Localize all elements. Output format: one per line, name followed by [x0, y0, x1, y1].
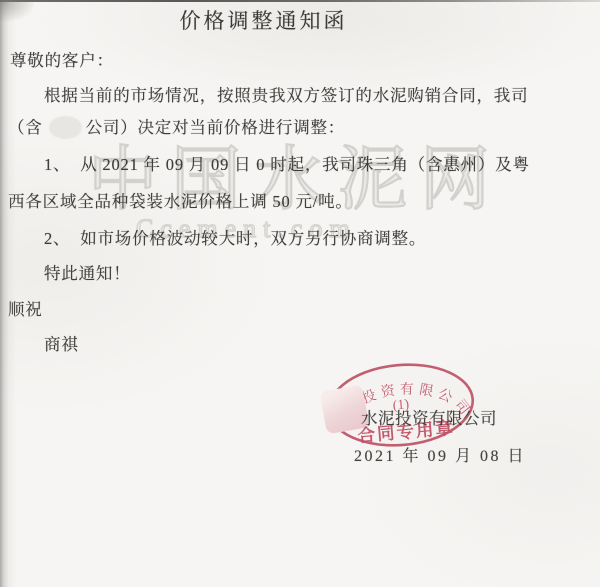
closing-line-2: 商祺 — [44, 331, 79, 355]
signature-company-name: 水泥投资有限公司 — [361, 405, 497, 429]
redacted-company-name-blur — [49, 116, 82, 139]
list-item-1-line-2: 西各区域全品种袋装水泥价格上调 50 元/吨。 — [8, 188, 353, 212]
company-line-suffix: 公司）决定对当前价格进行调整： — [86, 118, 346, 137]
list-item-1-line-1: 1、 从 2021 年 09 月 09 日 0 时起，我司珠三角（含惠州）及粤 — [44, 151, 530, 175]
body-line-2: （含公司）决定对当前价格进行调整： — [8, 114, 345, 139]
list-item-2: 2、 如市场价格波动较大时，双方另行协商调整。 — [44, 225, 426, 249]
scan-left-edge-shadow — [0, 0, 16, 587]
body-line-1: 根据当前的市场情况，按照贵我双方签订的水泥购销合同，我司 — [44, 82, 528, 106]
company-line-prefix: （含 — [8, 118, 43, 137]
scan-top-edge-artifact — [0, 0, 600, 2]
signature-date: 2021 年 09 月 08 日 — [354, 443, 526, 466]
notice-line: 特此通知！ — [44, 260, 131, 284]
closing-line-1: 顺祝 — [8, 296, 43, 320]
scanned-notice-document: 中国水泥网 Ccement.com 价格调整通知函 尊敬的客户： 根据当前的市场… — [0, 0, 600, 587]
document-title: 价格调整通知函 — [0, 5, 527, 35]
salutation-line: 尊敬的客户： — [10, 47, 114, 71]
